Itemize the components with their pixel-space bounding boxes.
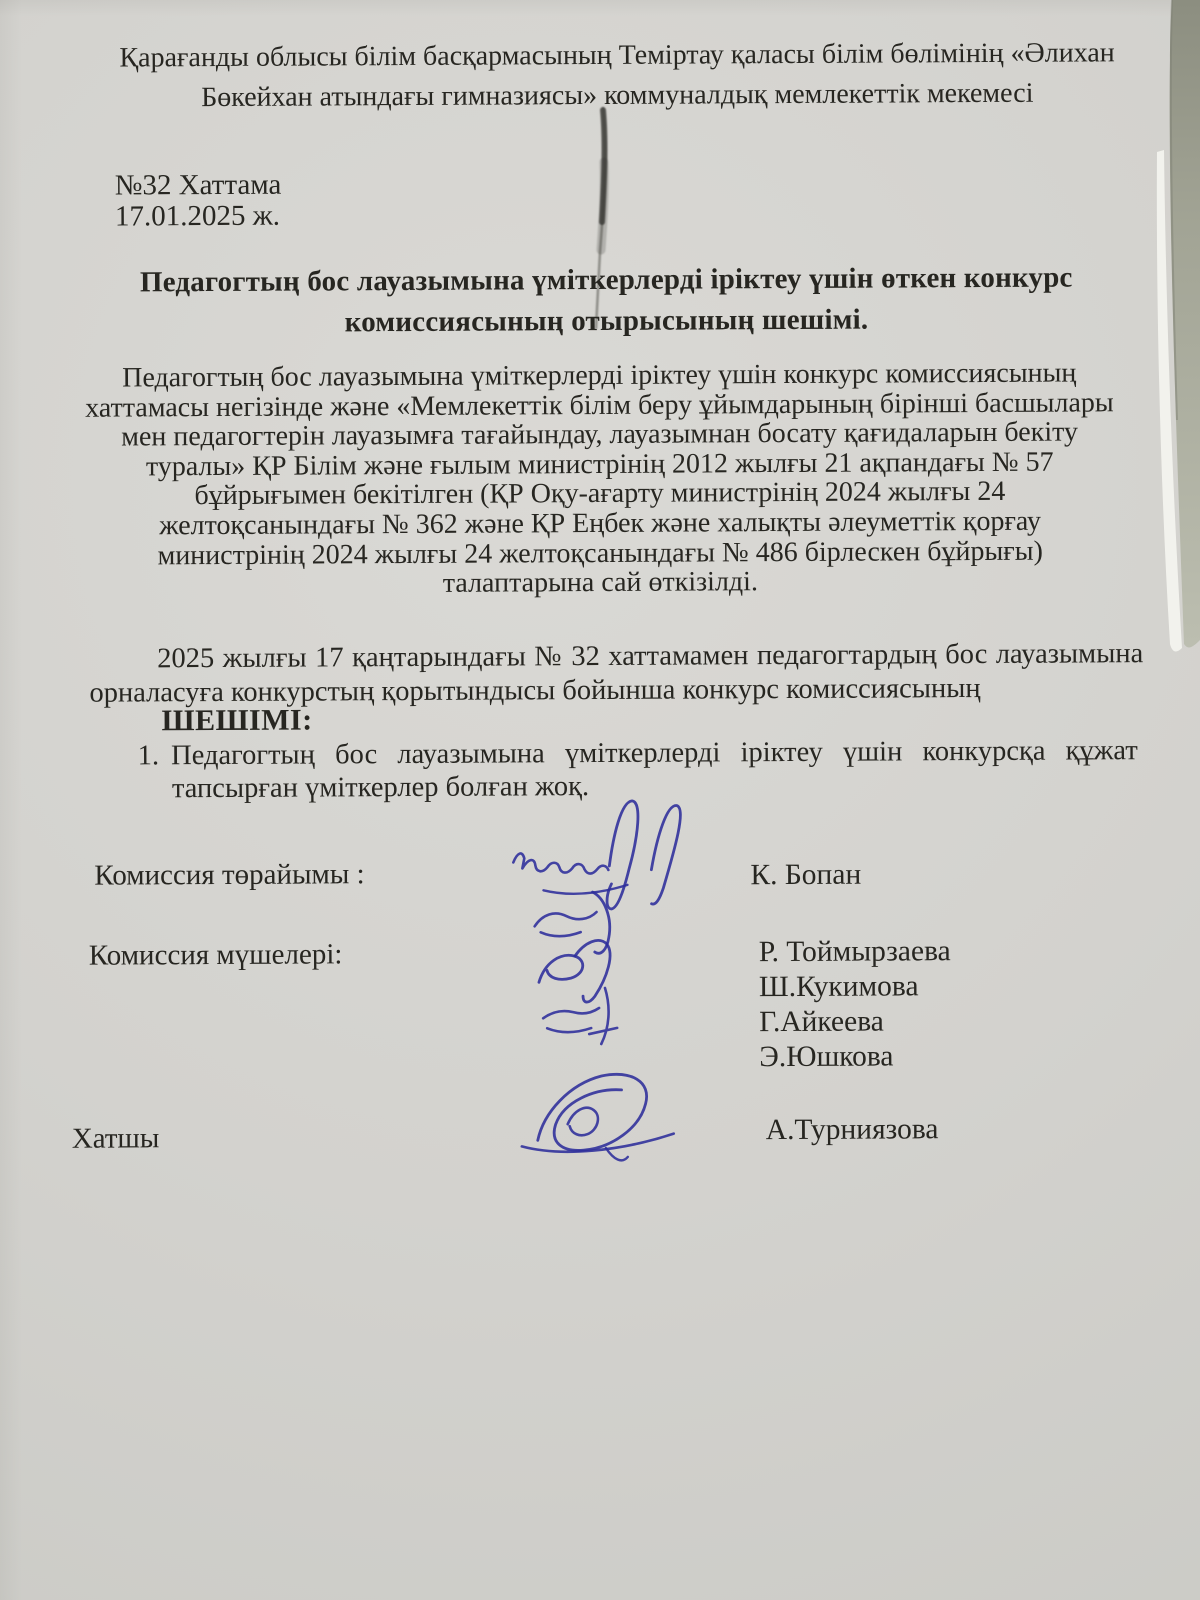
protocol-number: №32 Хаттама xyxy=(115,170,282,202)
secretary-signature-ink xyxy=(509,1060,685,1169)
resolution-item: 1.Педагогтың бос лауазымына үміткерлерді… xyxy=(138,734,1138,805)
resolution-list: 1.Педагогтың бос лауазымына үміткерлерді… xyxy=(138,734,1138,805)
preamble-paragraph: Педагогтың бос лауазымына үміткерлерді і… xyxy=(83,358,1117,600)
member-name: Р. Тоймырзаева xyxy=(759,934,951,970)
resolution-item-number: 1. xyxy=(138,740,160,771)
member-name: Э.Юшкова xyxy=(759,1039,951,1075)
protocol-date: 17.01.2025 ж. xyxy=(115,201,282,233)
member-name: Г.Айкеева xyxy=(759,1004,951,1040)
members-signatures-ink xyxy=(520,886,686,1052)
resolution-heading: ШЕШІМІ: xyxy=(161,704,312,739)
chair-name: К. Бопан xyxy=(750,859,861,893)
resolution-intro-paragraph: 2025 жылғы 17 қаңтарындағы № 32 хаттамам… xyxy=(89,637,1143,711)
document-content: Қарағанды облысы білім басқармасының Тем… xyxy=(0,0,1200,1600)
secretary-name: А.Турниязова xyxy=(766,1113,939,1147)
organization-header: Қарағанды облысы білім басқармасының Тем… xyxy=(96,33,1138,118)
scanned-document-photo: Қарағанды облысы білім басқармасының Тем… xyxy=(0,0,1200,1600)
members-names: Р. Тоймырзаева Ш.Кукимова Г.Айкеева Э.Юш… xyxy=(759,934,952,1075)
protocol-meta: №32 Хаттама 17.01.2025 ж. xyxy=(115,170,282,233)
chair-role-label: Комиссия төрайымы : xyxy=(94,858,364,892)
secretary-role-label: Хатшы xyxy=(72,1122,160,1155)
document-title: Педагогтың бос лауазымына үміткерлерді і… xyxy=(93,257,1119,344)
members-role-label: Комиссия мүшелері: xyxy=(89,938,343,972)
resolution-item-text: Педагогтың бос лауазымына үміткерлерді і… xyxy=(171,735,1138,804)
member-name: Ш.Кукимова xyxy=(759,969,951,1005)
